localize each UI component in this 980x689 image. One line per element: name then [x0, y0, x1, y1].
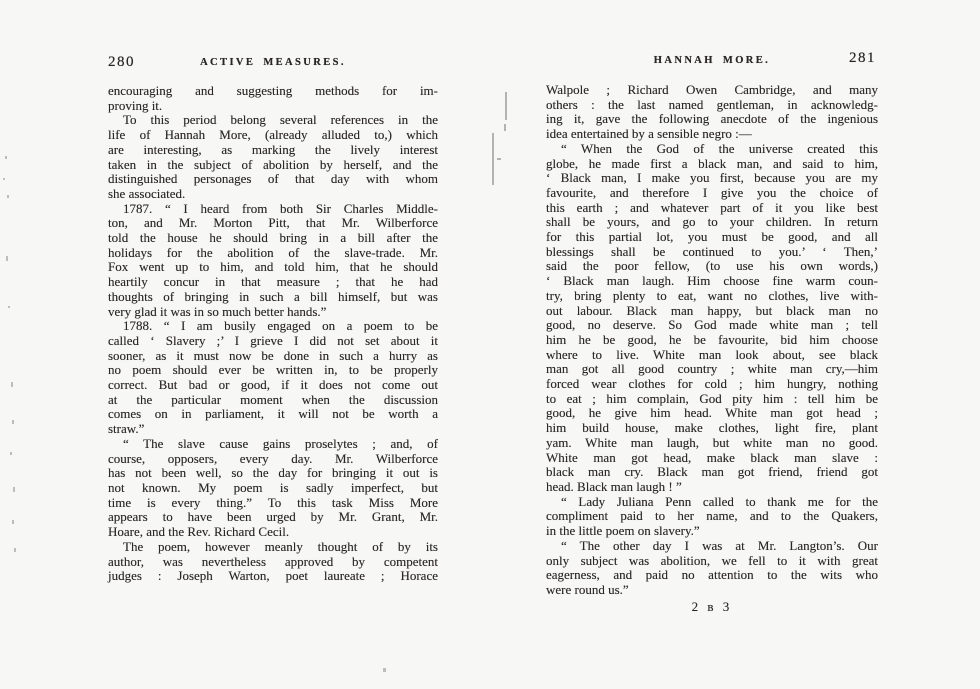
scan-artifact	[383, 668, 386, 672]
text-line: Hoare, and the Rev. Richard Cecil.	[108, 525, 438, 540]
text-line: in the little poem on slavery.”	[546, 524, 878, 539]
text-line: holidays for the abolition of the slave-…	[108, 246, 438, 261]
text-line: straw.”	[108, 422, 438, 437]
gutter-artifact	[504, 124, 506, 131]
text-line: “ The other day I was at Mr. Langton’s. …	[546, 539, 878, 554]
signature-mark: 2 ʙ 3	[546, 599, 878, 615]
text-line: heartily concur in that measure ; that h…	[108, 275, 438, 290]
scan-artifact	[6, 256, 8, 261]
scan-artifact	[11, 382, 13, 387]
scan-artifact	[12, 520, 14, 524]
text-line: this earth ; and whatever part of it you…	[546, 201, 878, 216]
scan-artifact	[10, 452, 12, 455]
scan-artifact	[14, 548, 16, 552]
text-line: White man got head, make black man slave…	[546, 451, 878, 466]
text-line: life of Hannah More, (already alluded to…	[108, 128, 438, 143]
text-line: try, bring plenty to eat, want no clothe…	[546, 289, 878, 304]
gutter-artifact	[505, 92, 507, 120]
text-line: at the particular moment when the discus…	[108, 393, 438, 408]
book-scan: 280 ACTIVE MEASURES. encouraging and sug…	[0, 0, 980, 689]
text-line: not known. My poem is sadly imperfect, b…	[108, 481, 438, 496]
text-line: globe, he made first a black man, and sa…	[546, 157, 878, 172]
running-head-left: ACTIVE MEASURES.	[108, 54, 438, 68]
gutter-artifact	[492, 133, 494, 185]
text-line: taken in the subject of abolition by her…	[108, 158, 438, 173]
text-line: ton, and Mr. Morton Pitt, that Mr. Wilbe…	[108, 216, 438, 231]
text-line: “ The slave cause gains proselytes ; and…	[108, 437, 438, 452]
text-line: favourite, and therefore I give you the …	[546, 186, 878, 201]
text-line: appears to have been urged by Mr. Grant,…	[108, 510, 438, 525]
page-left-header: 280 ACTIVE MEASURES.	[108, 54, 438, 71]
gutter-artifact	[497, 158, 501, 160]
text-line: has not been well, so the day for bringi…	[108, 466, 438, 481]
text-line: judges : Joseph Warton, poet laureate ; …	[108, 569, 438, 584]
text-line: 1787. “ I heard from both Sir Charles Mi…	[108, 202, 438, 217]
text-line: told the house he should bring in a bill…	[108, 231, 438, 246]
text-line: him build house, make clothes, light fir…	[546, 421, 878, 436]
text-line: good, he give him head. White man got he…	[546, 406, 878, 421]
text-line: distinguished personages of that day wit…	[108, 172, 438, 187]
running-head-right: HANNAH MORE.	[546, 52, 878, 66]
page-right-header: HANNAH MORE. 281	[546, 52, 878, 69]
scan-artifact	[8, 306, 10, 308]
text-line: man got all good country ; white man cry…	[546, 362, 878, 377]
text-line: black man cry. Black man got friend, fri…	[546, 465, 878, 480]
text-line: called ‘ Slavery ;’ I grieve I did not s…	[108, 334, 438, 349]
text-line: blessings shall be continued to you.’ ‘ …	[546, 245, 878, 260]
text-line: encouraging and suggesting methods for i…	[108, 84, 438, 99]
text-line: sooner, as it must now be done in such a…	[108, 349, 438, 364]
text-line: course, opposers, every day. Mr. Wilberf…	[108, 452, 438, 467]
text-line: “ When the God of the universe created t…	[546, 142, 878, 157]
text-line: good, no deserve. So God made white man …	[546, 318, 878, 333]
text-line: Fox went up to him, and told him, that h…	[108, 260, 438, 275]
text-line: “ Lady Juliana Penn called to thank me f…	[546, 495, 878, 510]
text-line: ‘ Black man laugh. Him choose fine warm …	[546, 274, 878, 289]
scan-artifact	[5, 156, 7, 159]
text-line: author, was nevertheless approved by com…	[108, 555, 438, 570]
text-line: were round us.”	[546, 583, 878, 598]
page-right-text: Walpole ; Richard Owen Cambridge, and ma…	[546, 83, 878, 598]
scan-artifact	[12, 420, 14, 424]
text-line: others : the last named gentleman, in ac…	[546, 98, 878, 113]
text-line: no poem should ever be written in, to be…	[108, 363, 438, 378]
text-line: idea entertained by a sensible negro :—	[546, 127, 878, 142]
text-line: forced wear clothes for cold ; him hungr…	[546, 377, 878, 392]
scan-artifact	[7, 195, 9, 198]
page-right: HANNAH MORE. 281 Walpole ; Richard Owen …	[546, 52, 878, 615]
text-line: correct. But bad or good, if it does not…	[108, 378, 438, 393]
page-left-text: encouraging and suggesting methods for i…	[108, 84, 438, 584]
text-line: 1788. “ I am busily engaged on a poem to…	[108, 319, 438, 334]
scan-artifact	[13, 487, 15, 492]
text-line: for this partial lot, you must be good, …	[546, 230, 878, 245]
text-line: shall be yours, and go to your children.…	[546, 215, 878, 230]
text-line: head. Black man laugh ! ”	[546, 480, 878, 495]
text-line: yam. White man laugh, but white man no g…	[546, 436, 878, 451]
text-line: comes on in parliament, it will not be w…	[108, 407, 438, 422]
text-line: ing it, gave the following anecdote of t…	[546, 112, 878, 127]
text-line: ‘ Black man, I make you first, because y…	[546, 171, 878, 186]
text-line: are interesting, as marking the lively i…	[108, 143, 438, 158]
text-line: out labour. Black man happy, but black m…	[546, 304, 878, 319]
text-line: thoughts of bringing in such a bill hims…	[108, 290, 438, 305]
text-line: eagerness, and paid no attention to the …	[546, 568, 878, 583]
page-number-left: 280	[108, 54, 135, 71]
text-line: him he be good, he be favourite, bid him…	[546, 333, 878, 348]
scan-artifact	[3, 178, 5, 180]
text-line: very glad it was in so much better hands…	[108, 305, 438, 320]
text-line: said the poor fellow, (to use his own wo…	[546, 259, 878, 274]
text-line: proving it.	[108, 99, 438, 114]
text-line: to eat ; him complain, God pity him : te…	[546, 392, 878, 407]
text-line: only subject was abolition, we fell to i…	[546, 554, 878, 569]
text-line: The poem, however meanly thought of by i…	[108, 540, 438, 555]
text-line: time is every thing.” To this task Miss …	[108, 496, 438, 511]
text-line: Walpole ; Richard Owen Cambridge, and ma…	[546, 83, 878, 98]
text-line: compliment paid to her name, and to the …	[546, 509, 878, 524]
text-line: where to live. White man look about, see…	[546, 348, 878, 363]
text-line: To this period belong several references…	[108, 113, 438, 128]
text-line: she associated.	[108, 187, 438, 202]
page-left: 280 ACTIVE MEASURES. encouraging and sug…	[108, 54, 438, 584]
page-number-right: 281	[849, 50, 876, 67]
